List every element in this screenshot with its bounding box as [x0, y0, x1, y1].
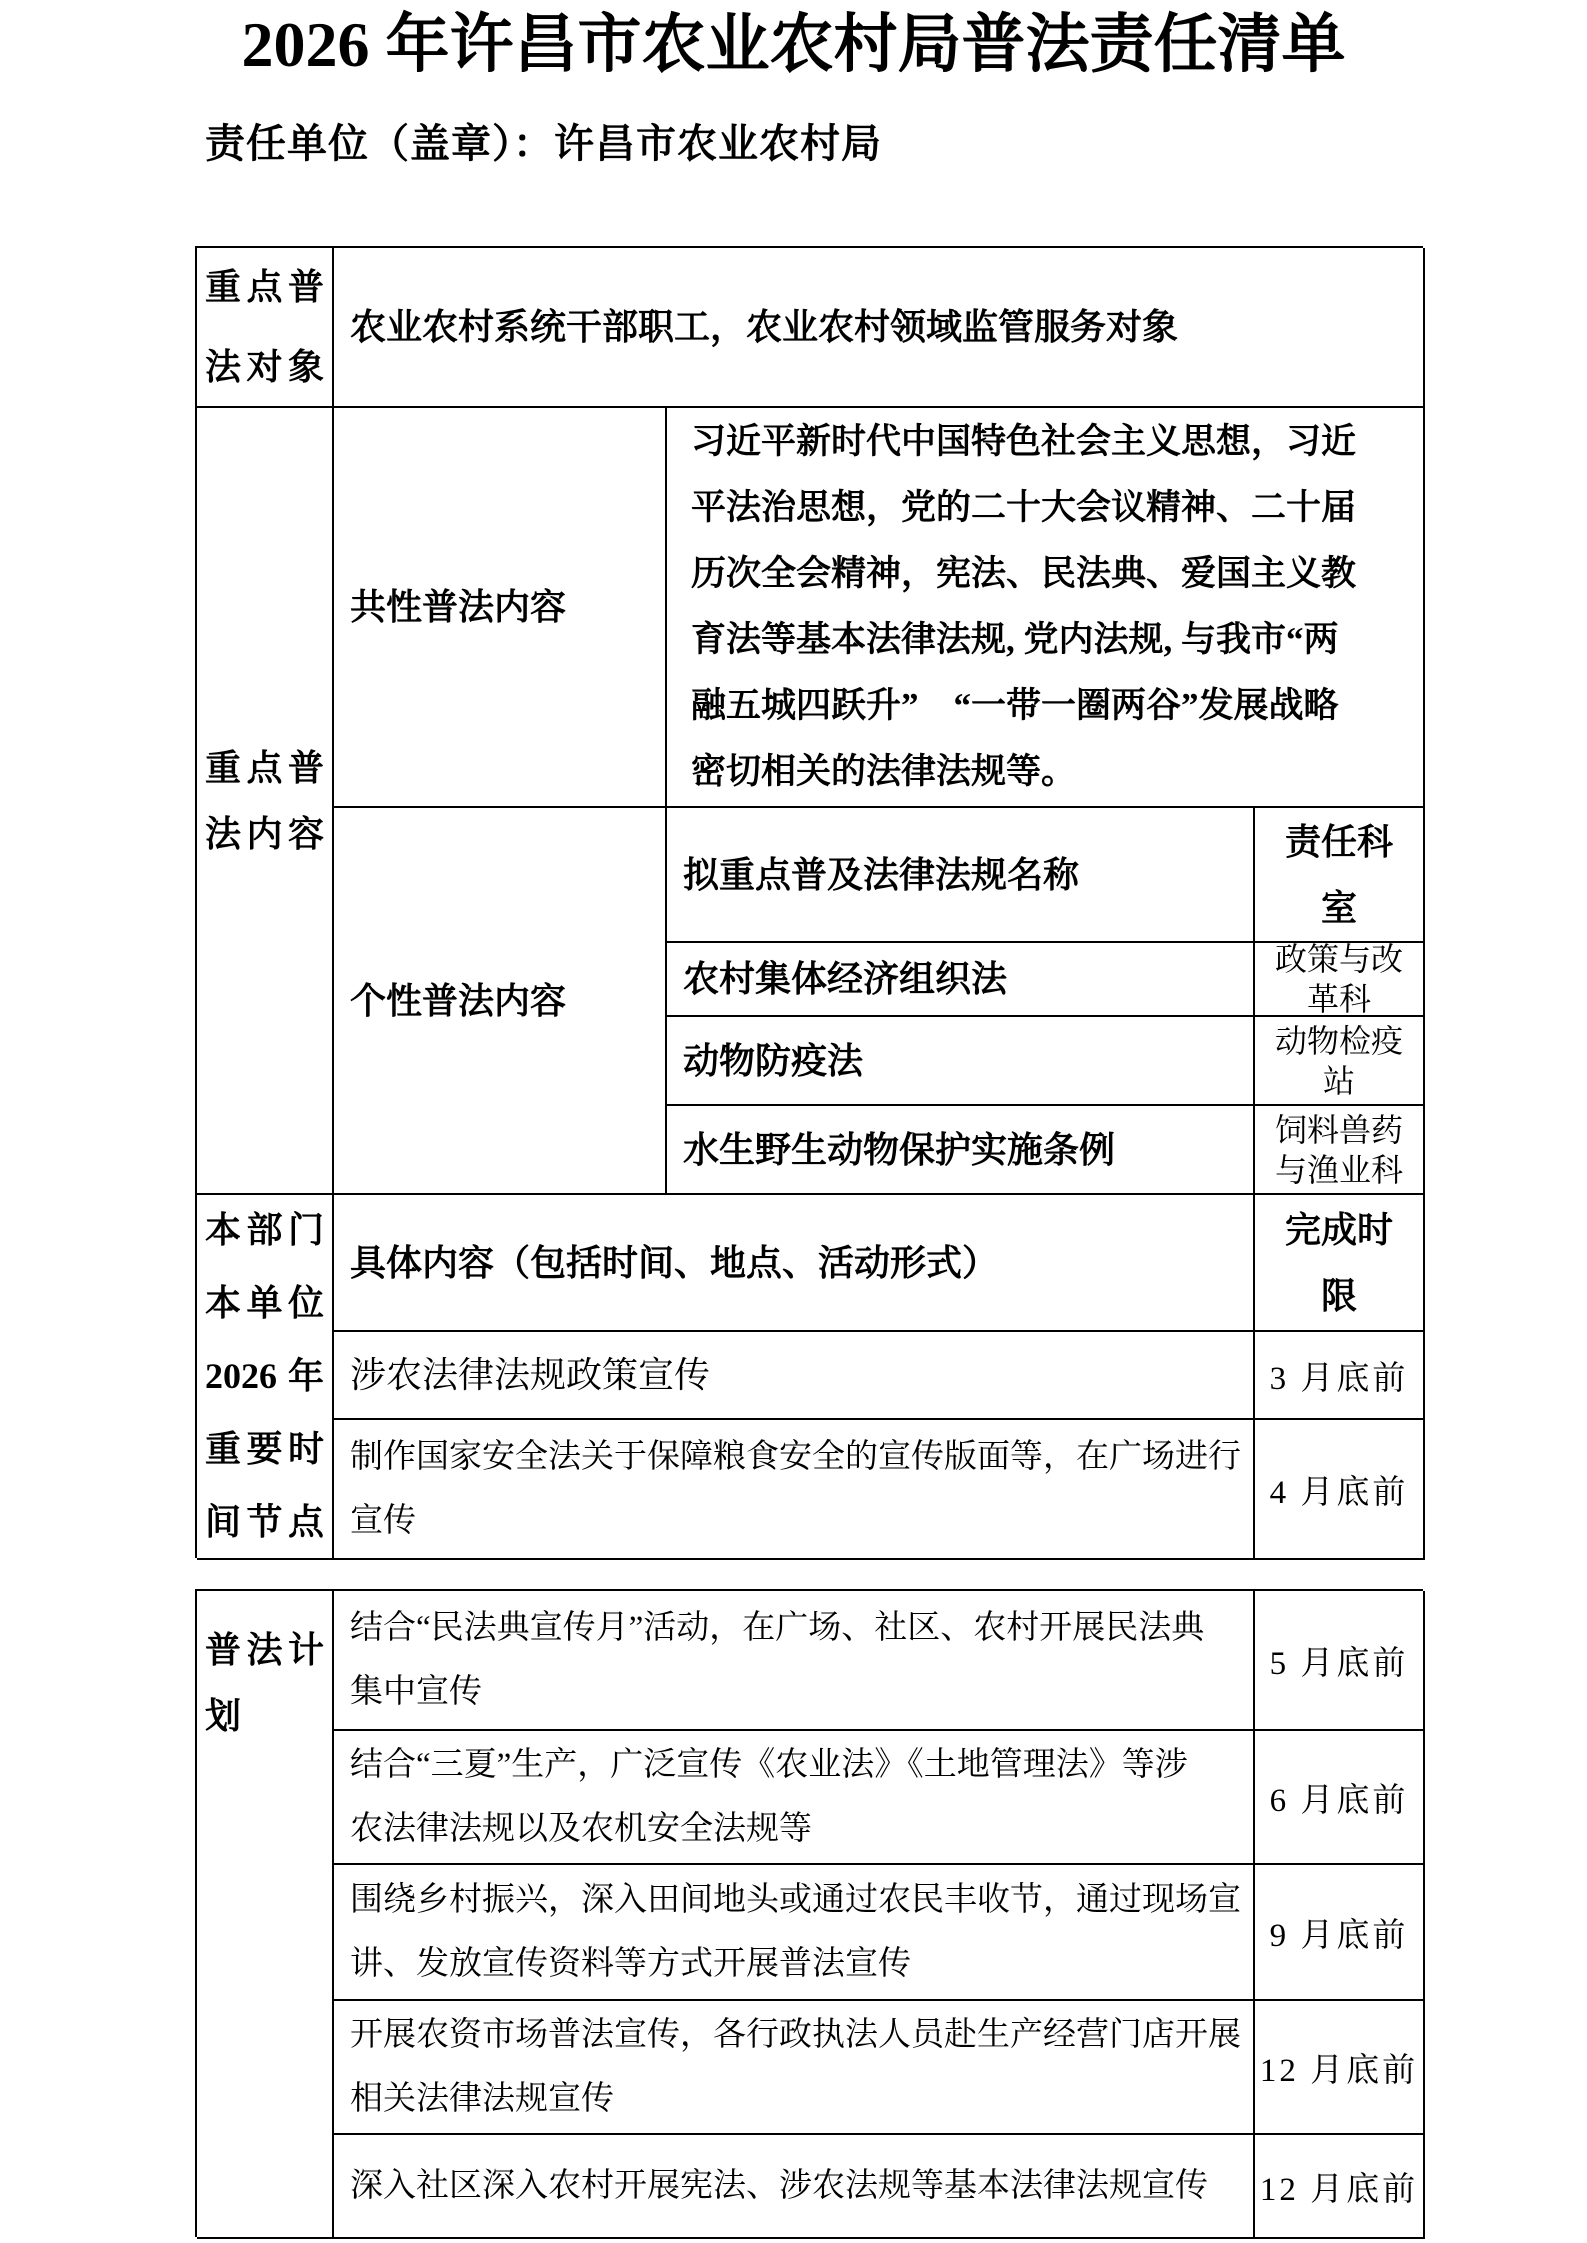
plan-row-4-deadline-cell: 12 月底前: [1255, 2001, 1425, 2135]
plan-label-cell: 普法计 划: [197, 1591, 334, 2239]
time-nodes-label: 本部门 本单位 2026 年 重要时 间节点: [197, 1195, 332, 1559]
plan-row-1-content: 结合“民法典宣传月”活动，在广场、社区、农村开展民法典 集中宣传: [350, 1596, 1204, 1724]
schedule-row-2-content: 制作国家安全法关于保障粮食安全的宣传版面等，在广场进行 宣传: [350, 1425, 1241, 1553]
plan-row-3-content: 围绕乡村振兴，深入田间地头或通过农民丰收节，通过现场宣 讲、发放宣传资料等方式开…: [350, 1868, 1241, 1996]
individual-content-label: 个性普法内容: [350, 968, 566, 1034]
law-row-2-name-cell: 动物防疫法: [667, 1017, 1255, 1106]
targets-content: 农业农村系统干部职工，农业农村领域监管服务对象: [350, 294, 1178, 360]
plan-row-1-deadline-cell: 5 月底前: [1255, 1591, 1425, 1731]
key-content-label: 重点普 法内容: [197, 735, 332, 867]
plan-row-2-content: 结合“三夏”生产，广泛宣传《农业法》《土地管理法》等涉 农法律法规以及农机安全法…: [350, 1733, 1188, 1861]
duty-table-part2: 普法计 划 结合“民法典宣传月”活动，在广场、社区、农村开展民法典 集中宣传 5…: [195, 1589, 1423, 2237]
plan-row-4-deadline: 12 月底前: [1260, 2044, 1418, 2091]
common-content-text: 习近平新时代中国特色社会主义思想，习近 平法治思想，党的二十大会议精神、二十届 …: [691, 409, 1356, 805]
plan-row-3-content-cell: 围绕乡村振兴，深入田间地头或通过农民丰收节，通过现场宣 讲、发放宣传资料等方式开…: [334, 1865, 1255, 2001]
time-nodes-label-cell: 本部门 本单位 2026 年 重要时 间节点: [197, 1195, 334, 1560]
schedule-header-deadline-cell: 完成时 限: [1255, 1195, 1425, 1332]
plan-row-3-deadline-cell: 9 月底前: [1255, 1865, 1425, 2001]
plan-row-5-content-cell: 深入社区深入农村开展宪法、涉农法规等基本法律法规宣传: [334, 2135, 1255, 2239]
schedule-header-content: 具体内容（包括时间、地点、活动形式）: [350, 1230, 998, 1296]
law-row-3-name: 水生野生动物保护实施条例: [683, 1117, 1115, 1183]
dept-header-cell: 责任科 室: [1255, 808, 1425, 943]
common-content-label-cell: 共性普法内容: [334, 408, 667, 808]
targets-label-cell: 重点普 法对象: [197, 248, 334, 408]
law-row-3-name-cell: 水生野生动物保护实施条例: [667, 1106, 1255, 1195]
plan-row-4-content-cell: 开展农资市场普法宣传，各行政执法人员赴生产经营门店开展 相关法律法规宣传: [334, 2001, 1255, 2135]
law-row-1-name: 农村集体经济组织法: [683, 946, 1007, 1012]
individual-content-label-cell: 个性普法内容: [334, 808, 667, 1195]
law-row-2-name: 动物防疫法: [683, 1028, 863, 1094]
schedule-row-1-deadline: 3 月底前: [1270, 1352, 1409, 1399]
schedule-row-2-content-cell: 制作国家安全法关于保障粮食安全的宣传版面等，在广场进行 宣传: [334, 1420, 1255, 1560]
plan-row-5-deadline-cell: 12 月底前: [1255, 2135, 1425, 2239]
plan-row-2-deadline-cell: 6 月底前: [1255, 1731, 1425, 1865]
schedule-row-1-content: 涉农法律法规政策宣传: [350, 1342, 710, 1408]
plan-label: 普法计 划: [197, 1617, 332, 1749]
common-content-text-cell: 习近平新时代中国特色社会主义思想，习近 平法治思想，党的二十大会议精神、二十届 …: [667, 408, 1425, 808]
common-content-label: 共性普法内容: [350, 574, 566, 640]
law-row-2-dept: 动物检疫 站: [1275, 1021, 1403, 1101]
law-row-1-name-cell: 农村集体经济组织法: [667, 943, 1255, 1017]
plan-row-5-deadline: 12 月底前: [1260, 2163, 1418, 2210]
page-title: 2026 年许昌市农业农村局普法责任清单: [0, 6, 1587, 84]
plan-row-2-content-cell: 结合“三夏”生产，广泛宣传《农业法》《土地管理法》等涉 农法律法规以及农机安全法…: [334, 1731, 1255, 1865]
law-row-1-dept: 政策与改 革科: [1275, 943, 1403, 1017]
plan-row-5-content: 深入社区深入农村开展宪法、涉农法规等基本法律法规宣传: [350, 2154, 1208, 2218]
schedule-row-1-deadline-cell: 3 月底前: [1255, 1332, 1425, 1420]
schedule-row-1-content-cell: 涉农法律法规政策宣传: [334, 1332, 1255, 1420]
plan-row-3-deadline: 9 月底前: [1270, 1909, 1409, 1956]
responsible-unit-line: 责任单位（盖章）：许昌市农业农村局: [205, 118, 882, 170]
key-content-label-cell: 重点普 法内容: [197, 408, 334, 1195]
plan-row-1-deadline: 5 月底前: [1270, 1637, 1409, 1684]
law-row-1-dept-cell: 政策与改 革科: [1255, 943, 1425, 1017]
law-list-header-cell: 拟重点普及法律法规名称: [667, 808, 1255, 943]
targets-label: 重点普 法对象: [197, 248, 332, 407]
schedule-header-content-cell: 具体内容（包括时间、地点、活动形式）: [334, 1195, 1255, 1332]
law-row-3-dept-cell: 饲料兽药 与渔业科: [1255, 1106, 1425, 1195]
law-list-header: 拟重点普及法律法规名称: [683, 842, 1079, 908]
schedule-header-deadline: 完成时 限: [1285, 1197, 1393, 1329]
plan-row-1-content-cell: 结合“民法典宣传月”活动，在广场、社区、农村开展民法典 集中宣传: [334, 1591, 1255, 1731]
law-row-3-dept: 饲料兽药 与渔业科: [1275, 1110, 1403, 1190]
targets-content-cell: 农业农村系统干部职工，农业农村领域监管服务对象: [334, 248, 1425, 408]
law-row-2-dept-cell: 动物检疫 站: [1255, 1017, 1425, 1106]
dept-header: 责任科 室: [1285, 809, 1393, 941]
plan-row-2-deadline: 6 月底前: [1270, 1774, 1409, 1821]
schedule-row-2-deadline: 4 月底前: [1270, 1466, 1409, 1513]
duty-table-part1: 重点普 法对象 农业农村系统干部职工，农业农村领域监管服务对象 重点普 法内容 …: [195, 246, 1423, 1558]
schedule-row-2-deadline-cell: 4 月底前: [1255, 1420, 1425, 1560]
plan-row-4-content: 开展农资市场普法宣传，各行政执法人员赴生产经营门店开展 相关法律法规宣传: [350, 2003, 1241, 2131]
